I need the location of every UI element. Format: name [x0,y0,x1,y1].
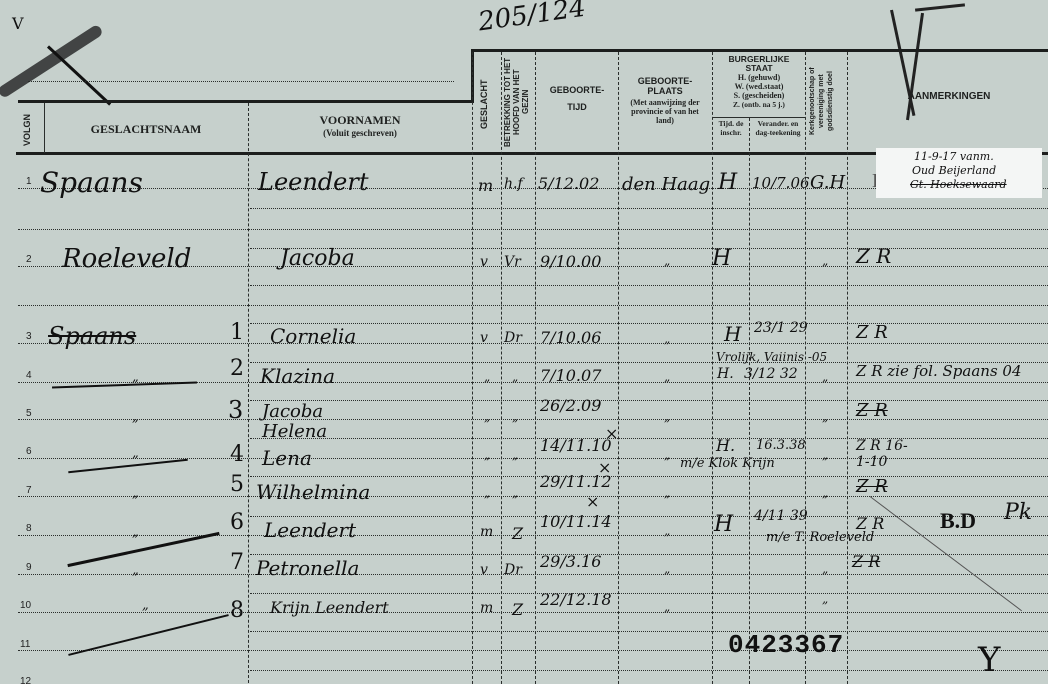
large-check-mark-2 [906,13,924,120]
birth-date: 9/10.00 [540,252,601,271]
child-index: 8 [230,598,244,623]
row-number: 5 [26,408,32,419]
child-index: 5 [230,472,244,497]
church: „ [822,486,828,500]
given-name: Petronella [256,556,359,580]
attached-note: 11-9-17 vanm. Oud Beijerland Gt. Hoeksew… [876,148,1042,198]
row-number: 11 [20,639,30,650]
civil-change: 3/12 32 [744,366,798,382]
header-geboortetijd-1: GEBOORTE- [537,85,617,95]
strike-stroke [0,24,104,99]
birth-place: „ [664,410,670,424]
given-name: Jacoba [280,246,355,271]
surname: „ [132,446,139,461]
col-sep [501,52,502,684]
col-sep [712,52,713,684]
relation: h.f [504,176,523,192]
civil-note: m/e Klok Krijn [680,456,775,471]
birth-place: „ [664,524,670,538]
surname: Spaans [40,166,143,199]
remark: Z R [856,244,891,268]
header-geslachtsnaam: GESLACHTSNAAM [46,122,246,137]
given-name: Wilhelmina [256,480,370,504]
civil-note: Vrolijk, Vaiinis -05 [716,350,827,364]
header-geboortetijd-2: TIJD [537,102,617,112]
surname: „ [132,525,139,540]
header-bs-h: H. (gehuwd) [713,73,805,82]
civil-state: H [712,246,731,271]
row-number: 3 [26,331,32,342]
given-name: Jacoba Helena [262,402,392,442]
birth-place: den Haag [622,174,710,195]
civil-change: 10/7.06 [752,174,810,192]
relation: „ [512,410,518,424]
check-mark-top-left: V [12,14,24,33]
birth-date: 10/11.14 [540,512,612,531]
church: „ [822,592,828,606]
bottom-mark: Y [978,640,1000,680]
civil-change: 4/11 39 [754,508,808,524]
col-sep [248,103,249,683]
row-number: 2 [26,254,32,265]
birth-place: „ [664,562,670,576]
civil-state: H [714,512,733,537]
birth-date: 26/2.09 [540,396,601,415]
header-top-line-left [18,100,473,103]
surname: Roeleveld [62,244,191,274]
strike-line [67,532,219,567]
birth-place: „ [664,370,670,384]
surname: Spaans [48,322,136,350]
civil-state: H [724,322,741,346]
birth-place: „ [664,600,670,614]
header-geboorteplaats-1: GEBOORTE- [620,76,710,86]
row-number: 7 [26,485,32,496]
surname: „ [142,598,149,613]
relation: „ [512,448,518,462]
row-number: 9 [26,562,32,573]
note-line: 11-9-17 vanm. [914,150,994,163]
row-number: 12 [20,676,31,684]
header-bs-verander: Verander. en dag-teekening [751,119,805,137]
relation: Dr [504,330,522,346]
sex: „ [484,410,490,424]
col-sep [805,52,806,684]
remark: Z R [856,322,888,343]
header-bs-tijd: Tijd. de inschr. [713,119,749,137]
child-index: 4 [230,442,244,467]
cross-marker: × [598,458,611,477]
sex: „ [484,370,490,384]
relation: „ [512,486,518,500]
child-index: 1 [230,320,244,345]
birth-place: „ [664,448,670,462]
remark: Z R [856,400,888,421]
birth-place: „ [664,486,670,500]
given-name: Lena [262,446,312,470]
col-sep [535,52,536,684]
birth-date: 7/10.06 [540,328,601,347]
remark: Z R zie fol. Spaans 04 [856,362,1022,380]
header-geboorteplaats-sub: (Met aanwijzing der provincie of van het… [622,98,708,125]
header-kerkgenootschap: Kerkgenootschap of vereeniging met godsd… [808,54,846,148]
row-number: 10 [20,600,31,611]
sex: m [480,524,493,540]
header-bs-z: Z. (ontb. na 5 j.) [713,100,805,109]
surname: „ [132,410,139,425]
sex: m [480,600,493,616]
sex: „ [484,486,490,500]
birth-date: 14/11.10 [540,436,612,455]
serial-number: 0423367 [728,630,844,660]
strike-line [68,459,188,474]
col-sep [44,103,45,153]
col-sep [847,52,848,684]
row-number: 4 [26,370,32,381]
note-line: Oud Beijerland [912,164,996,177]
civil-state: H. [716,436,735,455]
given-name: Leendert [258,168,368,196]
relation: Z [512,600,523,619]
bd-stamp: B.D [940,508,976,534]
birth-date: 5/12.02 [538,174,599,193]
relation: „ [512,370,518,384]
child-index: 3 [228,396,243,424]
strike-stroke-2 [47,45,111,105]
given-name: Krijn Leendert [270,598,470,618]
row-number: 6 [26,446,32,457]
header-geboorteplaats-2: PLAATS [620,86,710,96]
remark: Z R [852,552,880,571]
row-number: 8 [26,523,32,534]
header-voornamen: VOORNAMEN [250,113,470,128]
header-voornamen-sub: (Voluit geschreven) [250,128,470,138]
given-name: Cornelia [270,324,356,348]
child-index: 7 [230,550,244,575]
birth-date: 29/3.16 [540,552,601,571]
sex: v [480,330,488,346]
header-aanmerkingen: AANMERKINGEN [850,91,1048,102]
civil-change: 23/1 29 [754,320,808,336]
birth-date: 7/10.07 [540,366,601,385]
remark: Z R [856,476,888,497]
sex: v [480,562,488,578]
sex: v [480,254,488,270]
birth-place: „ [664,254,670,268]
child-index: 6 [230,510,244,535]
civil-change: 16.3.38 [756,438,806,453]
sex: „ [484,448,490,462]
row-number: 1 [26,176,32,187]
register-card: 205/124 V VOLGN GESLACHTSNAAM VOORNAMEN … [0,0,1048,684]
col-sep [472,52,473,684]
note-line: Gt. Hoeksewaard [910,178,1007,191]
remark: Z R 16-1-10 [856,438,916,470]
bd-initials: Pk [1004,500,1032,525]
relation: Vr [504,254,521,270]
birth-date: 22/12.18 [540,590,612,609]
church: „ [822,410,828,424]
bs-subdivider [712,117,805,118]
header-betrekking: BETREKKING TOT HET HOOFD VAN HET GEZIN [503,56,533,148]
birth-place: „ [664,332,670,346]
sex: m [478,176,493,195]
church: G.H [810,172,845,193]
civil-state: H. [717,366,734,382]
cross-marker: × [605,424,618,443]
header-bs-w: W. (wed.staat) [713,82,805,91]
child-index: 2 [230,356,244,381]
surname: „ [132,486,139,501]
church: „ [822,254,828,268]
large-check-mark-3 [915,3,965,11]
top-reference: 205/124 [476,0,587,37]
surname: „ [132,563,139,578]
given-name: Klazina [260,364,335,388]
header-geslacht: GESLACHT [479,60,493,148]
church: „ [822,562,828,576]
remark: Z R [856,514,884,533]
church: „ [822,370,828,384]
header-bs-2: STAAT [713,63,805,73]
relation: Dr [504,562,522,578]
relation: Z [512,524,523,543]
header-top-line-right [471,49,1048,52]
divider [28,81,454,82]
given-name: Leendert [264,518,356,542]
col-sep [618,52,619,684]
civil-state: H [718,170,737,195]
cross-marker: × [586,492,599,511]
header-bs-s: S. (gescheiden) [713,91,805,100]
church: „ [822,448,828,462]
col-sep [749,118,750,684]
header-volgnummer: VOLGN [22,110,36,150]
